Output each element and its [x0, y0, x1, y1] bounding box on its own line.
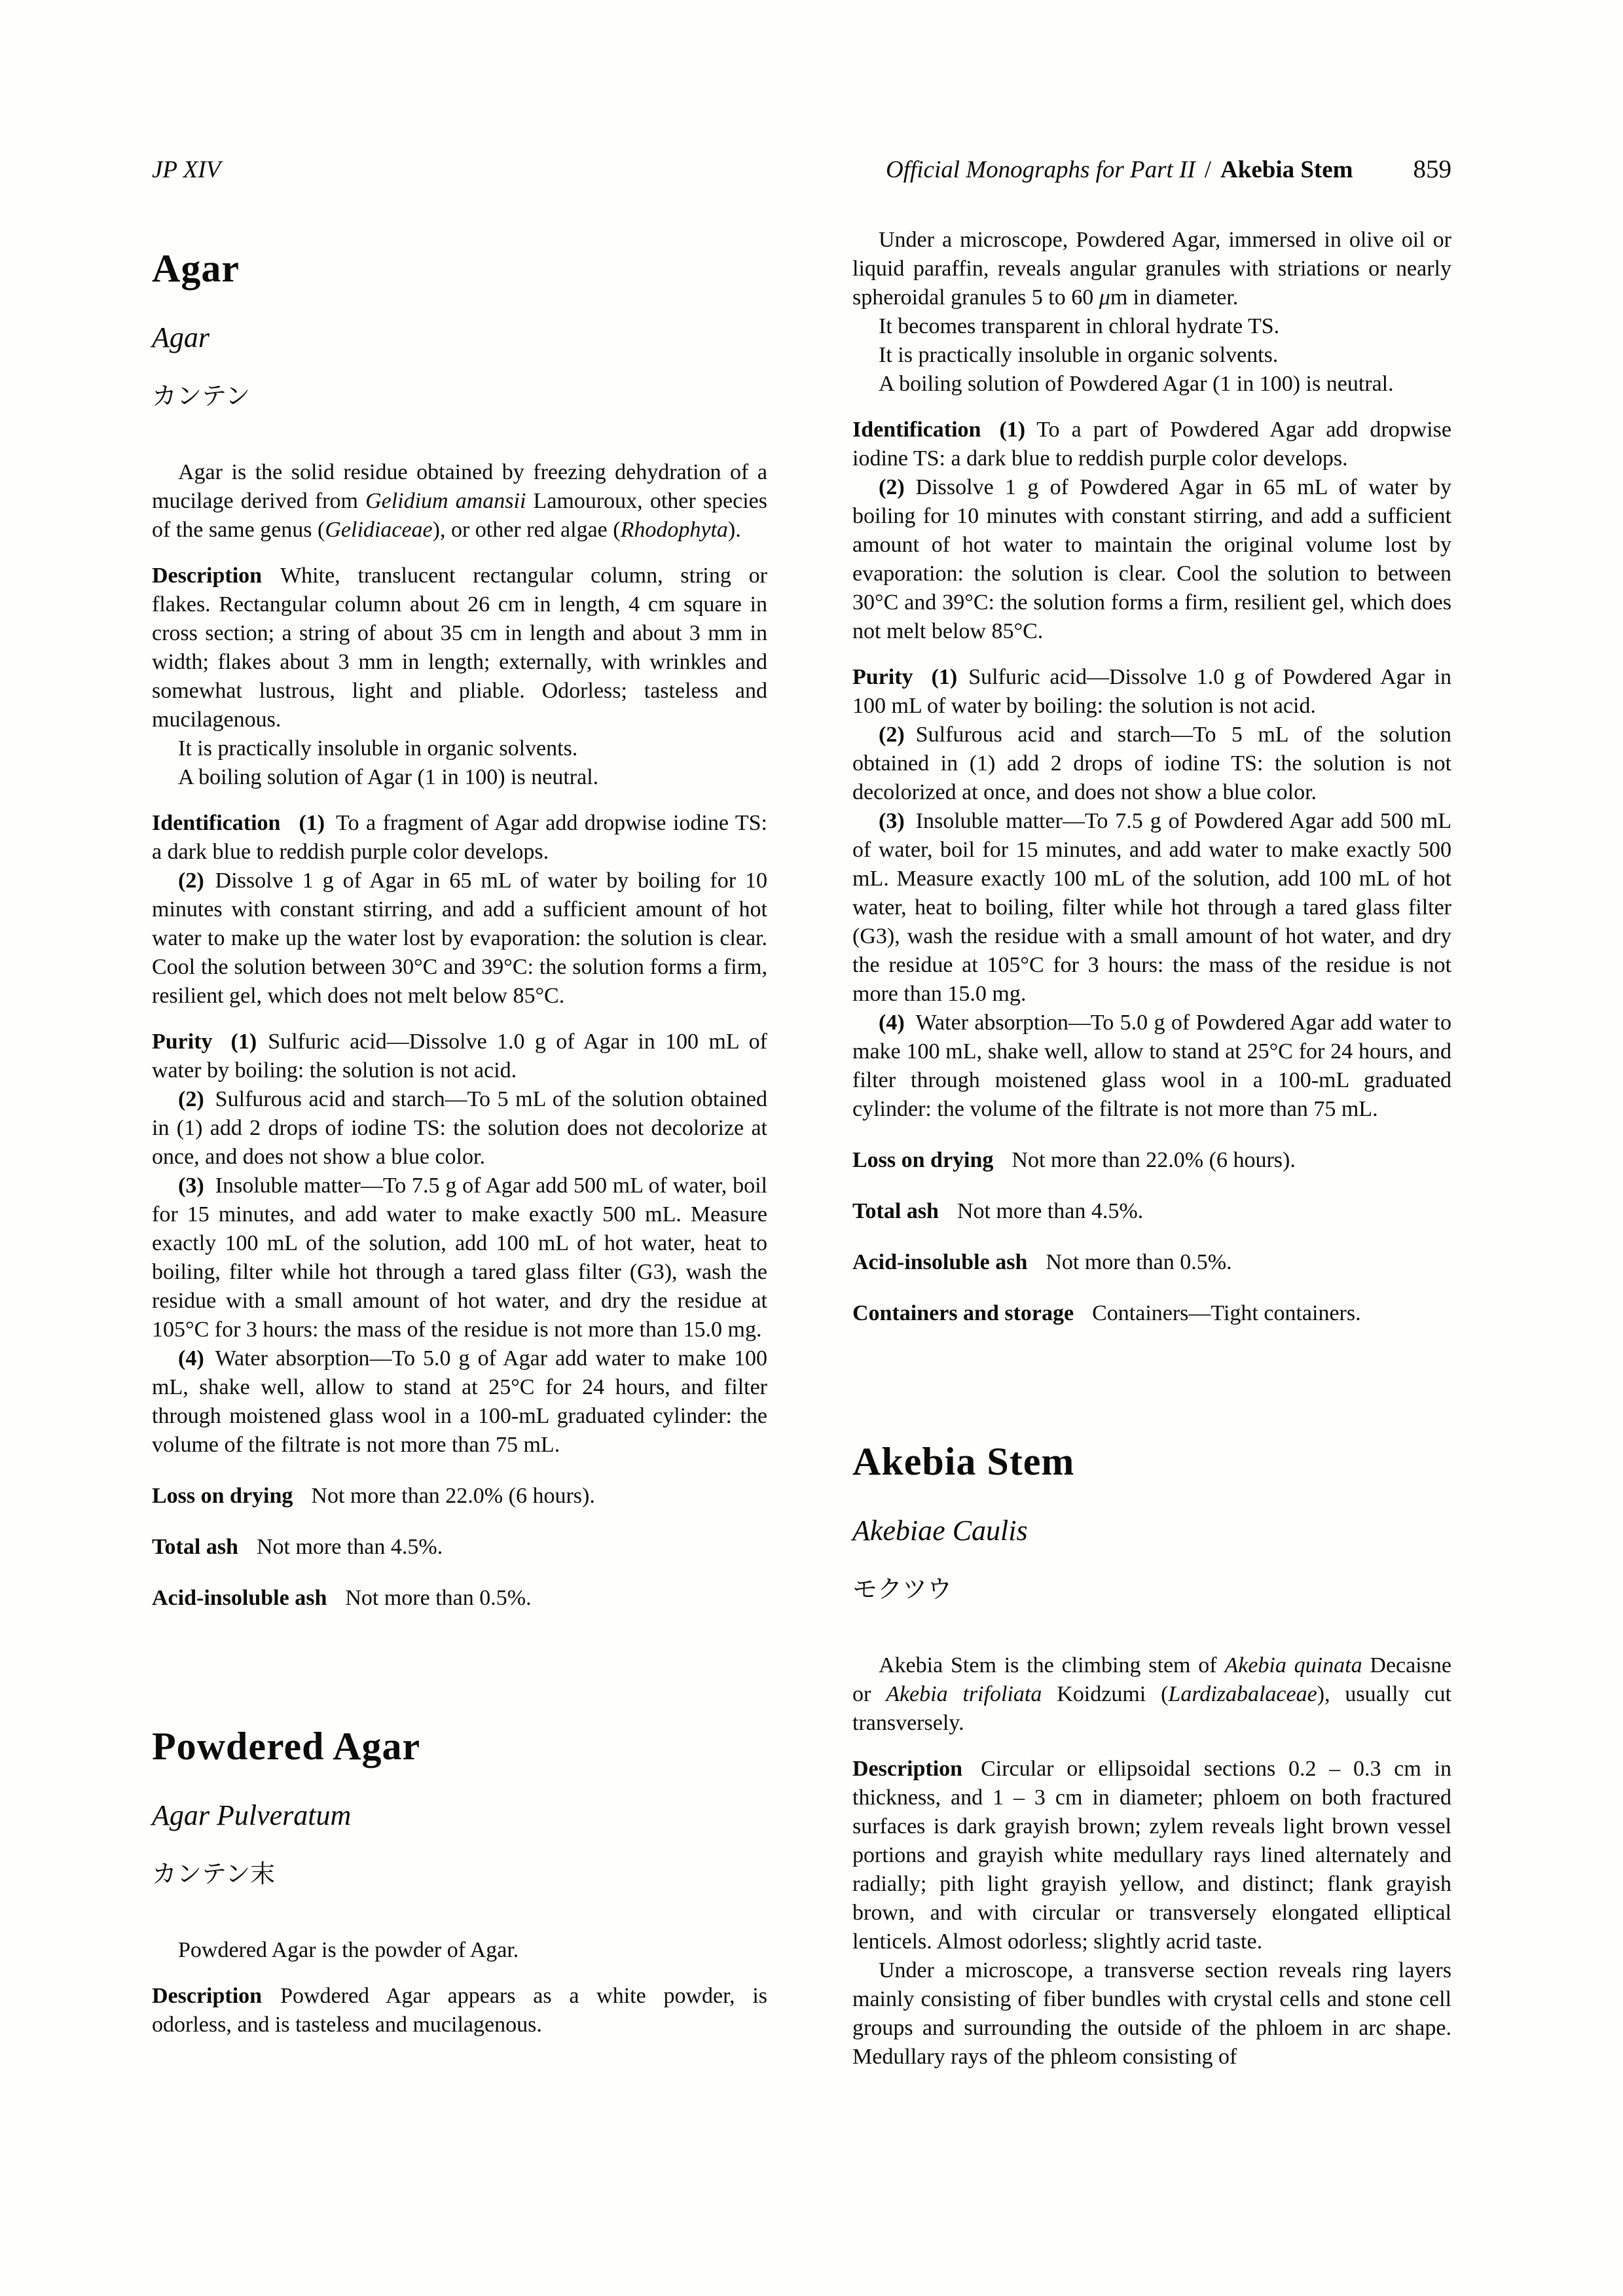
text-segment: m in diameter. [1110, 285, 1238, 310]
paragraph: Powdered Agar is the powder of Agar. [152, 1936, 767, 1965]
spec-text: Not more than 4.5%. [957, 1199, 1143, 1223]
paragraph: A boiling solution of Agar (1 in 100) is… [152, 763, 767, 792]
text-segment: Akebia Stem is the climbing stem of [879, 1653, 1224, 1677]
section-label: Description [152, 1984, 262, 2008]
monograph-title: Powdered Agar [152, 1725, 767, 1767]
text-segment: ). [728, 518, 741, 542]
text-segment: Gelidiaceae [325, 518, 432, 542]
text-segment: A boiling solution of Powdered Agar (1 i… [879, 372, 1394, 396]
running-title: Official Monographs for Part II [886, 156, 1195, 184]
japanese-name: カンテン [152, 382, 767, 411]
journal-edition-label: JP XIV [152, 156, 221, 184]
section-paragraph: DescriptionCircular or ellipsoidal secti… [852, 1755, 1451, 1956]
text-segment: Powdered Agar is the powder of Agar. [178, 1938, 519, 1962]
paragraph: (2) Sulfurous acid and starch—To 5 mL of… [152, 1085, 767, 1172]
text-segment: Koidzumi ( [1042, 1682, 1168, 1706]
text-segment: (4) [879, 1011, 905, 1035]
text-segment: (1) [299, 811, 325, 835]
text-segment: Water absorption—To 5.0 g of Agar add wa… [152, 1346, 767, 1457]
section-label: Purity [152, 1030, 213, 1054]
paragraph: Under a microscope, a transverse section… [852, 1956, 1451, 2072]
section-paragraph: Identification(1) To a fragment of Agar … [152, 809, 767, 867]
spec-line: Loss on dryingNot more than 22.0% (6 hou… [152, 1482, 767, 1511]
spec-line: Loss on dryingNot more than 22.0% (6 hou… [852, 1146, 1451, 1175]
text-segment: Sulfurous acid and starch—To 5 mL of the… [852, 723, 1451, 804]
text-segment: (3) [879, 809, 905, 833]
text-segment: Insoluble matter—To 7.5 g of Powdered Ag… [852, 809, 1451, 1006]
spec-label: Loss on drying [152, 1484, 293, 1508]
paragraph: It is practically insoluble in organic s… [152, 734, 767, 763]
section-paragraph: Identification(1) To a part of Powdered … [852, 416, 1451, 473]
paragraph: (4) Water absorption—To 5.0 g of Agar ad… [152, 1344, 767, 1460]
text-segment: A boiling solution of Agar (1 in 100) is… [178, 765, 598, 789]
text-segment: Insoluble matter—To 7.5 g of Agar add 50… [152, 1174, 767, 1342]
running-header: JP XIV Official Monographs for Part II /… [152, 156, 1451, 184]
paragraph: It is practically insoluble in organic s… [852, 341, 1451, 370]
text-segment: Gelidium amansii [365, 489, 526, 513]
paragraph: (2) Sulfurous acid and starch—To 5 mL of… [852, 721, 1451, 807]
paragraph: It becomes transparent in chloral hydrat… [852, 312, 1451, 341]
section-paragraph: Purity(1) Sulfuric acid—Dissolve 1.0 g o… [152, 1028, 767, 1085]
text-segment: Rhodophyta [621, 518, 728, 542]
section-label: Identification [152, 811, 280, 835]
running-header-right: Official Monographs for Part II / Akebia… [886, 156, 1451, 184]
paragraph: (3) Insoluble matter—To 7.5 g of Agar ad… [152, 1172, 767, 1344]
section-paragraph: DescriptionWhite, translucent rectangula… [152, 562, 767, 734]
spec-label: Acid-insoluble ash [852, 1250, 1027, 1274]
section-label: Purity [852, 665, 913, 689]
text-segment: White, translucent rectangular column, s… [152, 564, 767, 732]
latin-name: Agar [152, 322, 767, 353]
spec-label: Containers and storage [852, 1301, 1074, 1325]
spec-line: Total ashNot more than 4.5%. [852, 1197, 1451, 1226]
section-label: Identification [852, 418, 981, 442]
section-paragraph: DescriptionPowdered Agar appears as a wh… [152, 1982, 767, 2039]
text-segment: Sulfurous acid and starch—To 5 mL of the… [152, 1087, 767, 1169]
text-segment: (3) [178, 1174, 204, 1198]
spec-text: Not more than 0.5%. [1046, 1250, 1231, 1274]
spec-line: Total ashNot more than 4.5%. [152, 1533, 767, 1562]
text-segment: Akebia trifoliata [886, 1682, 1042, 1706]
text-segment: Circular or ellipsoidal sections 0.2 – 0… [852, 1757, 1451, 1954]
monograph-title: Agar [152, 247, 767, 289]
text-segment: It becomes transparent in chloral hydrat… [879, 314, 1279, 338]
text-segment: It is practically insoluble in organic s… [178, 736, 577, 761]
text-segment: Under a microscope, a transverse section… [852, 1958, 1451, 2069]
text-segment: Lardizabalaceae [1168, 1682, 1317, 1706]
monograph-title: Akebia Stem [852, 1441, 1451, 1482]
running-title-separator: / [1205, 156, 1211, 184]
text-segment: ), or other red algae ( [433, 518, 621, 542]
text-segment: Akebia quinata [1224, 1653, 1362, 1677]
spec-text: Not more than 22.0% (6 hours). [311, 1484, 594, 1508]
text-segment: Water absorption—To 5.0 g of Powdered Ag… [852, 1011, 1451, 1121]
spec-line: Acid-insoluble ashNot more than 0.5%. [852, 1248, 1451, 1277]
text-segment: Dissolve 1 g of Agar in 65 mL of water b… [152, 869, 767, 1008]
japanese-name: モクツウ [852, 1575, 1451, 1604]
paragraph: A boiling solution of Powdered Agar (1 i… [852, 370, 1451, 399]
text-segment: (4) [178, 1346, 204, 1371]
text-segment: It is practically insoluble in organic s… [879, 343, 1278, 367]
text-segment: Dissolve 1 g of Powdered Agar in 65 mL o… [852, 475, 1451, 643]
spec-text: Containers—Tight containers. [1092, 1301, 1361, 1325]
spec-label: Loss on drying [852, 1148, 993, 1172]
paragraph: Akebia Stem is the climbing stem of Akeb… [852, 1651, 1451, 1738]
spec-text: Not more than 0.5%. [345, 1586, 531, 1610]
paragraph: Agar is the solid residue obtained by fr… [152, 458, 767, 545]
page-number: 859 [1413, 156, 1452, 183]
paragraph: (2) Dissolve 1 g of Agar in 65 mL of wat… [152, 867, 767, 1011]
text-segment: μ [1099, 285, 1110, 310]
text-segment: (1) [999, 418, 1025, 442]
text-segment: (1) [231, 1030, 257, 1054]
section-paragraph: Purity(1) Sulfuric acid—Dissolve 1.0 g o… [852, 663, 1451, 721]
column-right: Under a microscope, Powdered Agar, immer… [852, 226, 1451, 2072]
spec-text: Not more than 4.5%. [257, 1535, 443, 1559]
japanese-name: カンテン末 [152, 1860, 767, 1889]
text-segment: (2) [178, 869, 204, 893]
running-monograph-name: Akebia Stem [1220, 156, 1353, 184]
text-segment: (2) [178, 1087, 204, 1111]
text-segment: (1) [932, 665, 958, 689]
text-segment: (2) [879, 475, 905, 499]
paragraph: Under a microscope, Powdered Agar, immer… [852, 226, 1451, 312]
spec-label: Acid-insoluble ash [152, 1586, 327, 1610]
latin-name: Agar Pulveratum [152, 1800, 767, 1831]
section-label: Description [152, 564, 262, 588]
document-page: JP XIV Official Monographs for Part II /… [0, 0, 1623, 2296]
spec-text: Not more than 22.0% (6 hours). [1012, 1148, 1295, 1172]
spec-line: Acid-insoluble ashNot more than 0.5%. [152, 1584, 767, 1613]
spec-label: Total ash [152, 1535, 238, 1559]
column-left: AgarAgarカンテンAgar is the solid residue ob… [152, 247, 767, 2039]
paragraph: (4) Water absorption—To 5.0 g of Powdere… [852, 1009, 1451, 1124]
paragraph: (3) Insoluble matter—To 7.5 g of Powdere… [852, 807, 1451, 1009]
spec-label: Total ash [852, 1199, 939, 1223]
latin-name: Akebiae Caulis [852, 1515, 1451, 1547]
paragraph: (2) Dissolve 1 g of Powdered Agar in 65 … [852, 473, 1451, 646]
spec-line: Containers and storageContainers—Tight c… [852, 1299, 1451, 1328]
section-label: Description [852, 1757, 962, 1781]
text-segment: (2) [879, 723, 905, 747]
